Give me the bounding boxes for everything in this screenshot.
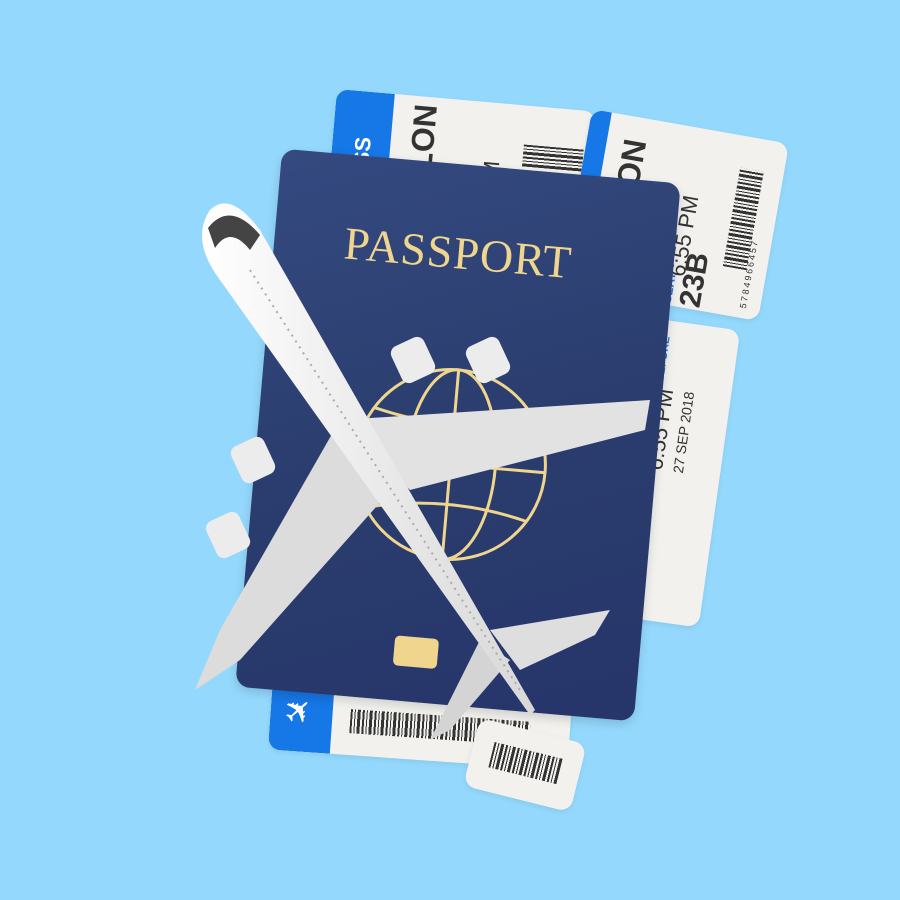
barcode bbox=[522, 144, 584, 171]
airplane-illustration bbox=[190, 190, 660, 750]
barcode bbox=[723, 168, 764, 271]
